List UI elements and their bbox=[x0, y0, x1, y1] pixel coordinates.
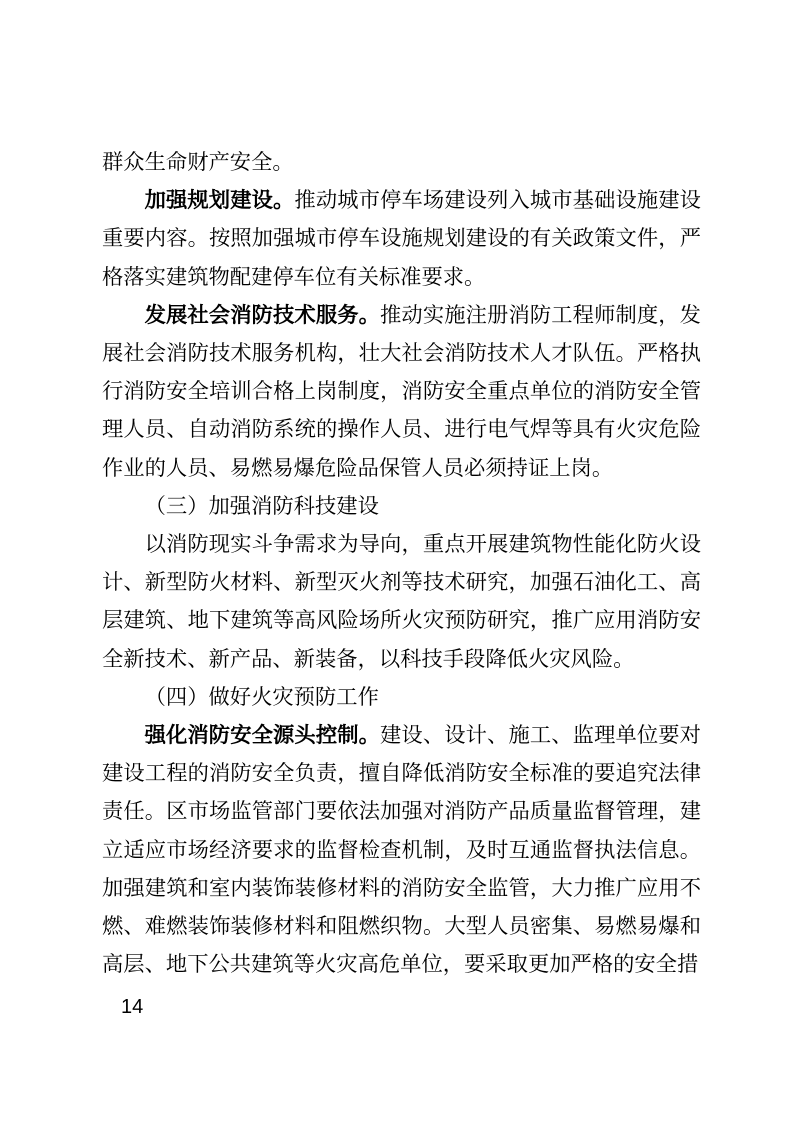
paragraph-text: 建设、设计、施工、监理单位要对建设工程的消防安全负责，擅自降低消防安全标准的要追… bbox=[102, 723, 701, 976]
paragraph-text: 推动实施注册消防工程师制度，发展社会消防技术服务机构，壮大社会消防技术人才队伍。… bbox=[102, 303, 701, 480]
paragraph-text: （四）做好火灾预防工作 bbox=[145, 685, 379, 709]
paragraph-text: （三）加强消防科技建设 bbox=[145, 494, 379, 518]
paragraph-lead-bold: 发展社会消防技术服务。 bbox=[145, 303, 380, 327]
paragraph-lead-bold: 强化消防安全源头控制。 bbox=[145, 723, 380, 747]
paragraph-text: 群众生命财产安全。 bbox=[102, 150, 294, 174]
section-heading: （三）加强消防科技建设 bbox=[102, 487, 701, 525]
paragraph: 加强规划建设。推动城市停车场建设列入城市基础设施建设重要内容。按照加强城市停车设… bbox=[102, 181, 701, 296]
paragraph: 强化消防安全源头控制。建设、设计、施工、监理单位要对建设工程的消防安全负责，擅自… bbox=[102, 716, 701, 983]
paragraph-text: 以消防现实斗争需求为导向，重点开展建筑物性能化防火设计、新型防火材料、新型灭火剂… bbox=[102, 532, 701, 671]
page-number: 14 bbox=[121, 996, 143, 1018]
document-body: 群众生命财产安全。 加强规划建设。推动城市停车场建设列入城市基础设施建设重要内容… bbox=[102, 143, 701, 983]
paragraph: 以消防现实斗争需求为导向，重点开展建筑物性能化防火设计、新型防火材料、新型灭火剂… bbox=[102, 525, 701, 678]
paragraph-lead-bold: 加强规划建设。 bbox=[145, 188, 295, 212]
document-page: 群众生命财产安全。 加强规划建设。推动城市停车场建设列入城市基础设施建设重要内容… bbox=[0, 0, 793, 1122]
section-heading: （四）做好火灾预防工作 bbox=[102, 678, 701, 716]
paragraph: 群众生命财产安全。 bbox=[102, 143, 701, 181]
paragraph: 发展社会消防技术服务。推动实施注册消防工程师制度，发展社会消防技术服务机构，壮大… bbox=[102, 296, 701, 487]
